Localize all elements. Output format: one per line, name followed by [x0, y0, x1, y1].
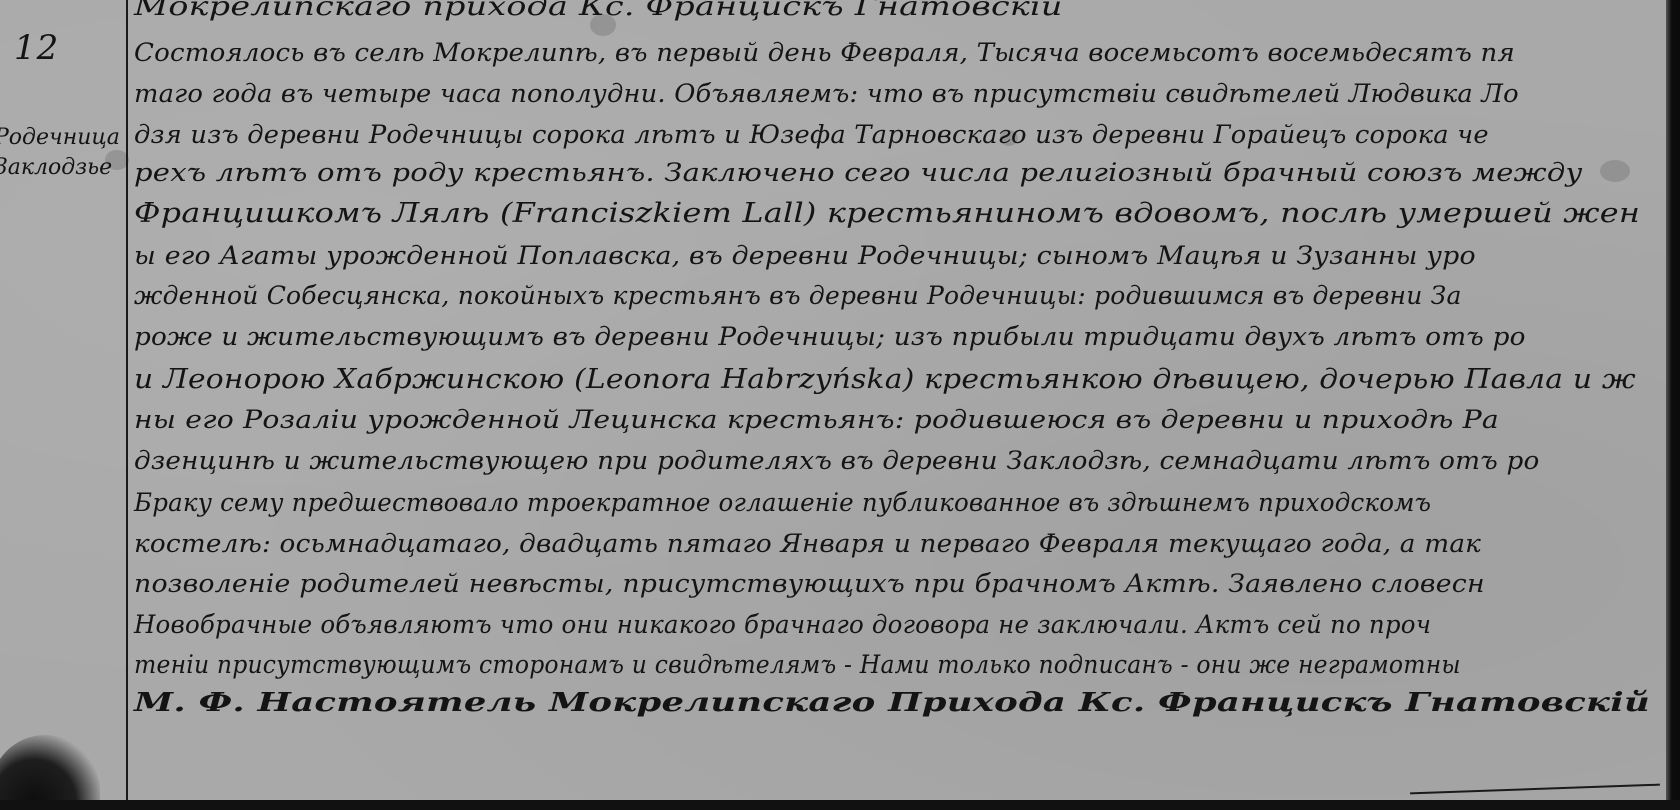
record-line-1: Состоялось въ селѣ Мокрелипѣ, въ первый … — [134, 40, 1515, 65]
signature-flourish — [1410, 784, 1660, 795]
record-line-11: дзенцинѣ и жительствующею при родителяхъ… — [134, 448, 1540, 473]
scan-right-border — [1666, 0, 1680, 810]
margin-note-village-2: Заклодзье — [0, 155, 112, 180]
margin-rule — [126, 0, 128, 800]
document-scan: 12 Родечница Заклодзье Мокрелипскаго при… — [0, 0, 1680, 810]
record-line-3: дзя изъ деревни Родечницы сорока лѣтъ и … — [134, 122, 1489, 147]
record-line-14: позволеніе родителей невѣсты, присутству… — [134, 571, 1485, 596]
record-line-13: костелѣ: осьмнадцатаго, двадцать пятаго … — [134, 531, 1481, 556]
record-line-4: рехъ лѣтъ отъ роду крестьянъ. Заключено … — [134, 160, 1583, 185]
entry-number: 12 — [14, 28, 59, 68]
paper-stain — [1600, 160, 1630, 182]
scan-bottom-border — [0, 800, 1680, 810]
record-line-9: и Леонорою Хабржинскою (Leonora Habrzyńs… — [134, 366, 1636, 393]
record-line-16: теніи присутствующимъ сторонамъ и свидѣт… — [134, 652, 1461, 677]
record-line-6: ы его Агаты урожденной Поплавска, въ дер… — [134, 243, 1476, 268]
margin-note-village-1: Родечница — [0, 125, 120, 150]
record-line-5: Францишкомъ Лялѣ (Franciszkiem Lall) кре… — [134, 200, 1640, 227]
record-line-15: Новобрачные объявляютъ что они никакого … — [134, 612, 1431, 637]
record-line-7: жденной Собесцянска, покойныхъ крестьянъ… — [134, 283, 1462, 308]
priest-signature-line: М. Ф. Настоятель Мокрелипскаго Прихода К… — [134, 690, 1650, 716]
record-header-line: Мокрелипскаго прихода Кс. Францискъ Гнат… — [134, 0, 1063, 20]
record-line-10: ны его Розаліи урожденной Лецинска крест… — [134, 407, 1499, 432]
record-line-2: таго года въ четыре часа пополудни. Объя… — [134, 81, 1519, 106]
left-margin-column: 12 Родечница Заклодзье — [0, 0, 126, 800]
record-line-8: роже и жительствующимъ въ деревни Родечн… — [134, 324, 1526, 349]
record-line-12: Браку сему предшествовало троекратное ог… — [134, 490, 1431, 515]
